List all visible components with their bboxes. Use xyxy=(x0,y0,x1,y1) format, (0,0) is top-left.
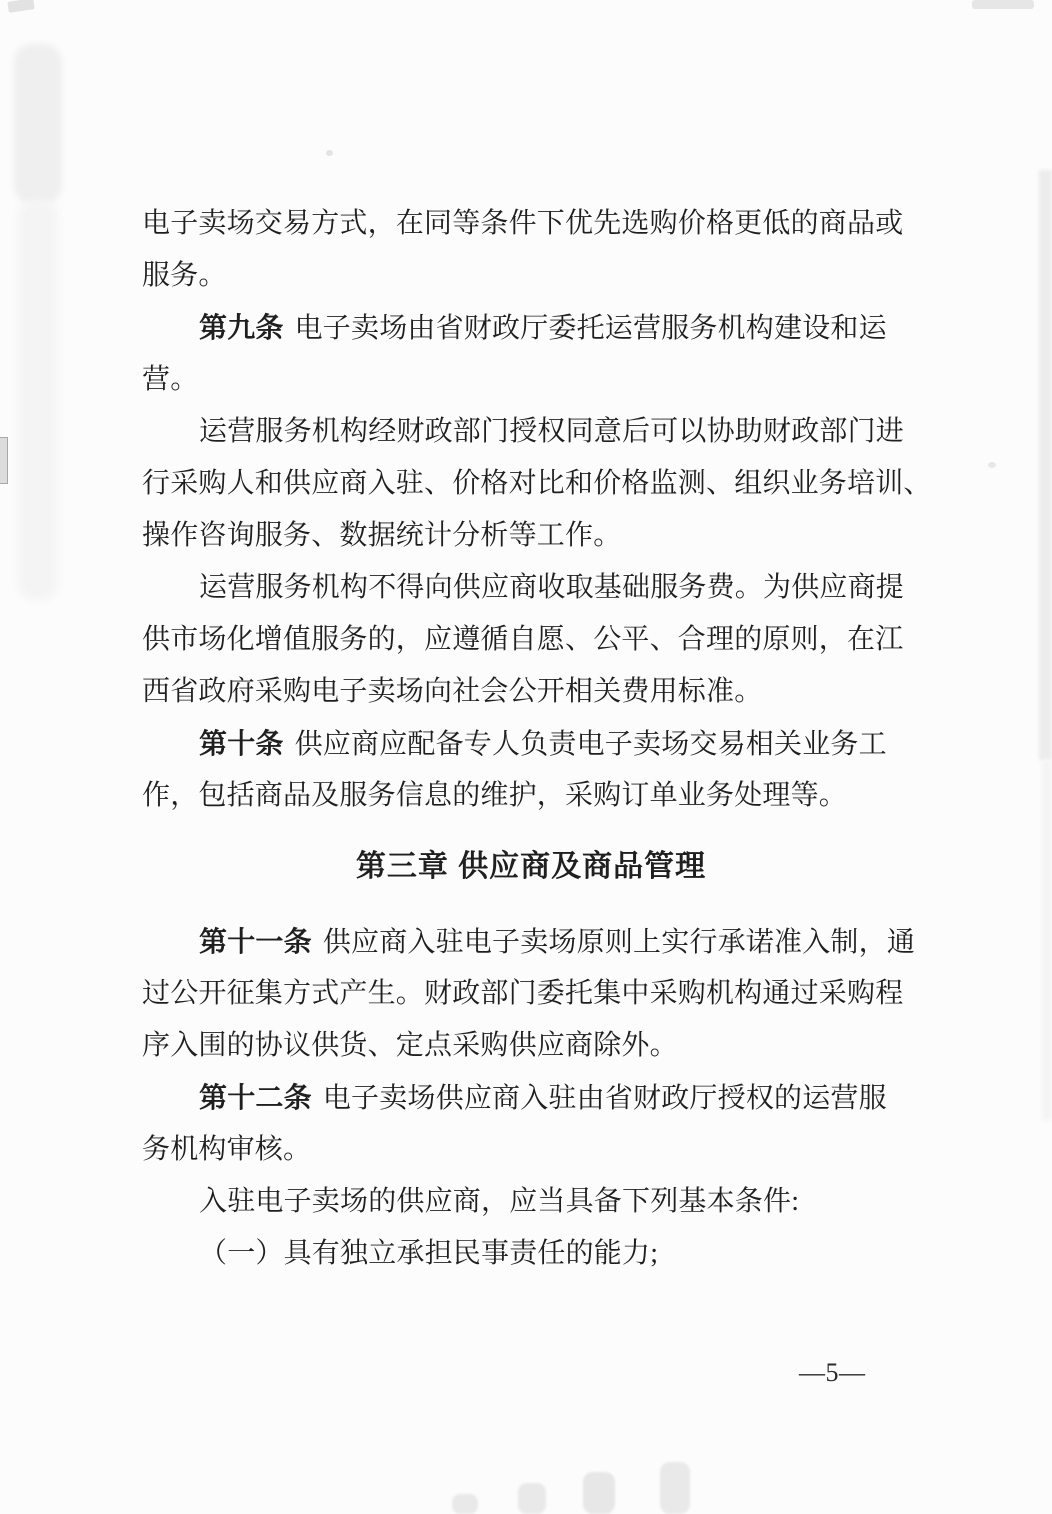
text-line: （一）具有独立承担民事责任的能力; xyxy=(142,1228,920,1280)
text-line: 序入围的协议供货、定点采购供应商除外。 xyxy=(142,1020,920,1072)
text-line: 第九条电子卖场由省财政厅委托运营服务机构建设和运 xyxy=(142,302,920,354)
scan-artifact-bottom-smudge xyxy=(660,1462,690,1514)
text-line: 运营服务机构不得向供应商收取基础服务费。为供应商提 xyxy=(142,562,920,614)
scanned-document-page: 电子卖场交易方式，在同等条件下优先选购价格更低的商品或服务。第九条电子卖场由省财… xyxy=(0,0,1052,1514)
scan-artifact-top-right xyxy=(972,0,1034,9)
chapter-heading: 第三章 供应商及商品管理 xyxy=(142,841,920,893)
text-line: 过公开征集方式产生。财政部门委托集中采购机构通过采购程 xyxy=(142,968,920,1020)
scan-artifact-bottom-smudge xyxy=(583,1472,615,1514)
scan-artifact-dot xyxy=(988,462,996,468)
text-line: 行采购人和供应商入驻、价格对比和价格监测、组织业务培训、 xyxy=(142,458,920,510)
scan-artifact-top-left xyxy=(7,0,34,13)
scan-artifact-dot xyxy=(326,150,333,156)
scan-artifact-left-smudge xyxy=(14,44,62,204)
text-line: 作，包括商品及服务信息的维护，采购订单业务处理等。 xyxy=(142,770,920,822)
text-line: 供市场化增值服务的，应遵循自愿、公平、合理的原则，在江 xyxy=(142,614,920,666)
text-line: 务机构审核。 xyxy=(142,1124,920,1176)
text-line: 入驻电子卖场的供应商，应当具备下列基本条件: xyxy=(142,1176,920,1228)
scan-artifact-left-edge-tick xyxy=(0,437,8,484)
article-number: 第十条 xyxy=(199,728,284,759)
scan-artifact-bottom-smudge xyxy=(452,1494,478,1514)
text-line: 西省政府采购电子卖场向社会公开相关费用标准。 xyxy=(142,666,920,718)
text-line: 操作咨询服务、数据统计分析等工作。 xyxy=(142,510,920,562)
text-line: 运营服务机构经财政部门授权同意后可以协助财政部门进 xyxy=(142,406,920,458)
text-line: 电子卖场交易方式，在同等条件下优先选购价格更低的商品或 xyxy=(142,198,920,250)
text-line: 第十二条电子卖场供应商入驻由省财政厅授权的运营服 xyxy=(142,1072,920,1124)
scan-artifact-bottom-smudge xyxy=(518,1483,546,1514)
page-number: —5— xyxy=(799,1358,866,1388)
text-line: 第十一条供应商入驻电子卖场原则上实行承诺准入制，通 xyxy=(142,916,920,968)
text-line: 第十条供应商应配备专人负责电子卖场交易相关业务工 xyxy=(142,718,920,770)
text-line: 服务。 xyxy=(142,250,920,302)
article-number: 第十二条 xyxy=(199,1082,312,1113)
article-number: 第十一条 xyxy=(199,926,312,957)
article-number: 第九条 xyxy=(199,312,284,343)
scan-artifact-right-strip xyxy=(1039,170,1052,760)
scan-artifact-right-strip-2 xyxy=(1042,760,1052,1120)
text-line: 营。 xyxy=(142,354,920,406)
document-body: 电子卖场交易方式，在同等条件下优先选购价格更低的商品或服务。第九条电子卖场由省财… xyxy=(142,198,920,1280)
scan-artifact-left-smudge-2 xyxy=(18,200,58,600)
